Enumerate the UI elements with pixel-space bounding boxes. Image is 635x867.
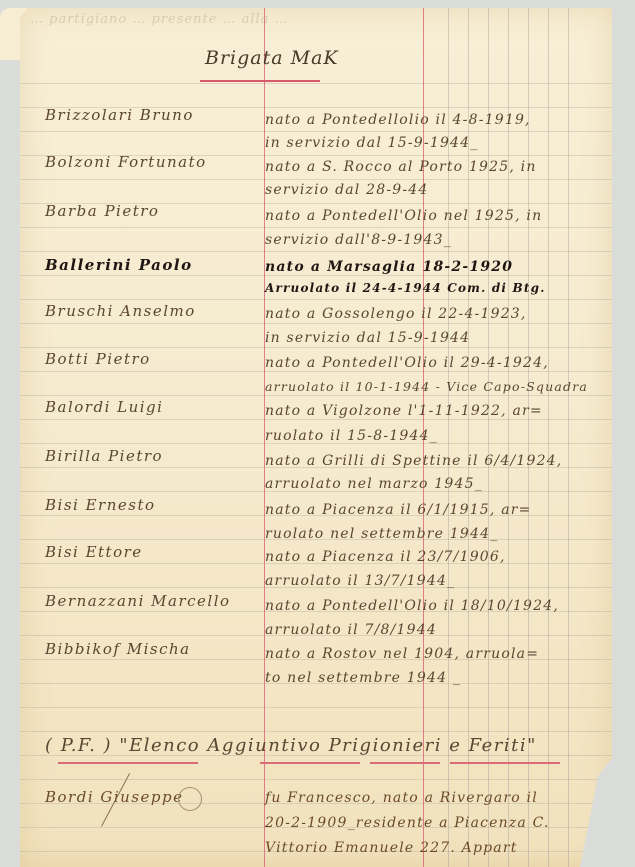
entry-line: nato a Vigolzone l'1-11-1922, ar= bbox=[265, 403, 543, 419]
entry-line: nato a Piacenza il 6/1/1915, ar= bbox=[265, 502, 532, 518]
grid-column-line bbox=[568, 8, 569, 867]
entry-name: Bibbikof Mischa bbox=[45, 640, 191, 658]
entry-line: arruolato il 13/7/1944_ bbox=[265, 573, 455, 589]
ruled-line bbox=[20, 251, 612, 252]
entry-name: Birilla Pietro bbox=[45, 447, 163, 465]
entry-line: nato a Pontedell'Olio il 18/10/1924, bbox=[265, 598, 559, 614]
ruled-line bbox=[20, 275, 612, 276]
entry-line: ruolato nel settembre 1944_ bbox=[265, 526, 498, 542]
entry-line: nato a Rostov nel 1904, arruola= bbox=[265, 646, 539, 662]
entry-line: nato a Marsaglia 18-2-1920 bbox=[265, 259, 513, 275]
ruled-line bbox=[20, 227, 612, 228]
entry-name: Barba Pietro bbox=[45, 202, 159, 220]
entry-line: fu Francesco, nato a Rivergaro il bbox=[265, 790, 538, 806]
ruled-line bbox=[20, 131, 612, 132]
ruled-line bbox=[20, 83, 612, 84]
entry-line: Vittorio Emanuele 227. Appart bbox=[265, 840, 518, 856]
ruled-line bbox=[20, 419, 612, 420]
entry-line: to nel settembre 1944 _ bbox=[265, 670, 461, 686]
entry-line: nato a Gossolengo il 22-4-1923, bbox=[265, 306, 527, 322]
entry-name: Bruschi Anselmo bbox=[45, 302, 196, 320]
entry-name: Bernazzani Marcello bbox=[45, 592, 231, 610]
entry-name: Bisi Ettore bbox=[45, 543, 143, 561]
entry-line: nato a Pontedellolio il 4-8-1919, bbox=[265, 112, 531, 128]
page-title: Brigata MaK bbox=[205, 47, 339, 69]
ruled-line bbox=[20, 323, 612, 324]
entry-name: Brizzolari Bruno bbox=[45, 106, 194, 124]
bleed-through-text: … partigiano … presente … alla … bbox=[30, 12, 550, 27]
entry-name: Botti Pietro bbox=[45, 350, 151, 368]
entry-line: nato a Pontedell'Olio il 29-4-1924, bbox=[265, 355, 549, 371]
heading-underline bbox=[450, 762, 560, 764]
entry-name: Bisi Ernesto bbox=[45, 496, 156, 514]
entry-line: nato a Grilli di Spettine il 6/4/1924, bbox=[265, 453, 562, 469]
ruled-line bbox=[20, 179, 612, 180]
entry-line: servizio dal 28-9-44 bbox=[265, 182, 429, 198]
entry-line: nato a S. Rocco al Porto 1925, in bbox=[265, 159, 537, 175]
entry-line: ruolato il 15-8-1944_ bbox=[265, 428, 438, 444]
entry-name: Bolzoni Fortunato bbox=[45, 153, 207, 171]
entry-line: arruolato nel marzo 1945_ bbox=[265, 476, 483, 492]
heading-underline bbox=[58, 762, 198, 764]
entry-line: nato a Pontedell'Olio nel 1925, in bbox=[265, 208, 542, 224]
entry-line: in servizio dal 15-9-1944_ bbox=[265, 135, 478, 151]
ruled-line bbox=[20, 707, 612, 708]
section-heading: ( P.F. ) "Elenco Aggiuntivo Prigionieri … bbox=[45, 735, 537, 756]
entry-line: 20-2-1909_residente a Piacenza C. bbox=[265, 815, 550, 831]
entry-name: Balordi Luigi bbox=[45, 398, 163, 416]
entry-line: in servizio dal 15-9-1944 bbox=[265, 330, 470, 346]
entry-line: Arruolato il 24-4-1944 Com. di Btg. bbox=[265, 281, 546, 295]
ruled-line bbox=[20, 371, 612, 372]
grid-column-line bbox=[548, 8, 549, 867]
ruled-line bbox=[20, 779, 612, 780]
entry-line: servizio dall'8-9-1943_ bbox=[265, 232, 452, 248]
heading-underline bbox=[370, 762, 440, 764]
entry-line: arruolato il 7/8/1944 bbox=[265, 622, 437, 638]
ruled-line bbox=[20, 299, 612, 300]
ruled-line bbox=[20, 731, 612, 732]
heading-underline bbox=[260, 762, 360, 764]
ruled-line bbox=[20, 347, 612, 348]
entry-line: arruolato il 10-1-1944 - Vice Capo-Squad… bbox=[265, 379, 588, 394]
entry-name: Bordi Giuseppe bbox=[45, 788, 184, 806]
entry-line: nato a Piacenza il 23/7/1906, bbox=[265, 549, 506, 565]
ruled-line bbox=[20, 395, 612, 396]
entry-name: Ballerini Paolo bbox=[45, 256, 193, 274]
pencil-circle-mark bbox=[178, 787, 202, 811]
title-underline bbox=[200, 80, 320, 82]
